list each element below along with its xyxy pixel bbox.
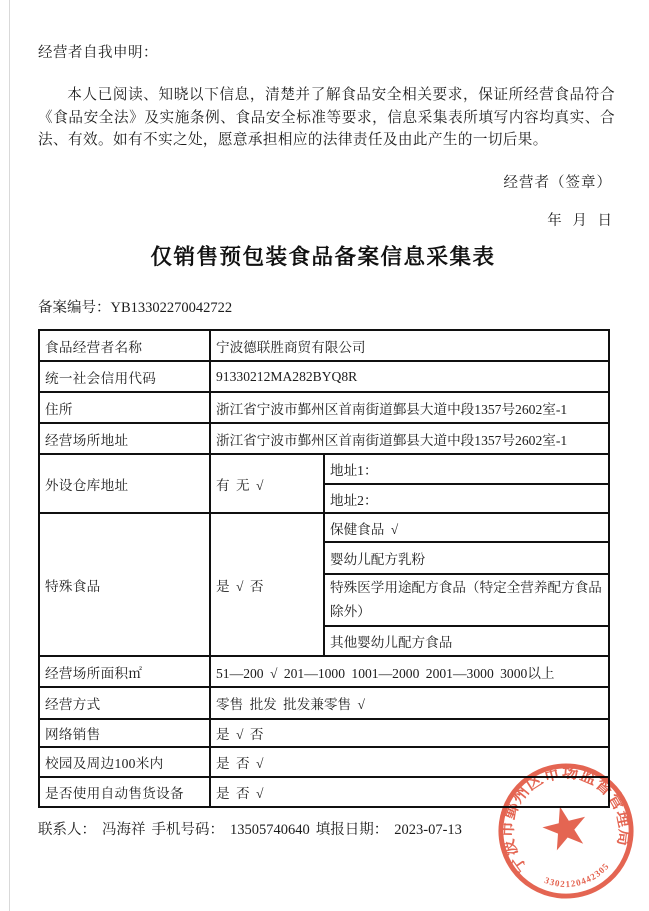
residence-label: 住所 bbox=[39, 392, 210, 423]
declaration-text: 本人已阅读、知晓以下信息，清楚并了解食品安全相关要求，保证所经营食品符合《食品安… bbox=[38, 84, 615, 152]
table-row: 经营场所地址 浙江省宁波市鄞州区首南街道鄞县大道中段1357号2602室-1 bbox=[39, 423, 609, 454]
contact-label: 联系人： bbox=[38, 822, 96, 838]
record-number-value: YB13302270042722 bbox=[111, 300, 233, 316]
table-row: 住所 浙江省宁波市鄞州区首南街道鄞县大道中段1357号2602室-1 bbox=[39, 392, 609, 423]
phone-number: 13505740640 bbox=[230, 822, 310, 838]
credit-code-value: 91330212MA282BYQ8R bbox=[210, 361, 609, 392]
table-row: 经营方式 零售 批发 批发兼零售 √ bbox=[39, 687, 609, 719]
table-row: 经营场所面积㎡ 51—200 √ 201—1000 1001—2000 2001… bbox=[39, 656, 609, 687]
record-number: 备案编号：YB13302270042722 bbox=[38, 296, 232, 317]
operator-name-label: 食品经营者名称 bbox=[39, 330, 210, 361]
special-food-item-medical: 特殊医学用途配方食品（特定全营养配方食品除外） bbox=[324, 574, 609, 626]
report-date-label: 填报日期： bbox=[316, 822, 389, 838]
form-title: 仅销售预包装食品备案信息采集表 bbox=[38, 240, 608, 271]
premises-area-value: 51—200 √ 201—1000 1001—2000 2001—3000 30… bbox=[210, 656, 609, 687]
warehouse-address1: 地址1： bbox=[324, 454, 609, 484]
special-food-item-other-infant: 其他婴幼儿配方食品 bbox=[324, 626, 609, 656]
vending-label: 是否使用自动售货设备 bbox=[39, 777, 210, 807]
table-row: 食品经营者名称 宁波德联胜商贸有限公司 bbox=[39, 330, 609, 361]
table-row: 统一社会信用代码 91330212MA282BYQ8R bbox=[39, 361, 609, 392]
contact-name: 冯海祥 bbox=[102, 822, 146, 838]
phone-label: 手机号码： bbox=[152, 822, 225, 838]
credit-code-label: 统一社会信用代码 bbox=[39, 361, 210, 392]
warehouse-address2: 地址2： bbox=[324, 484, 609, 513]
declaration-heading: 经营者自我申明： bbox=[38, 41, 158, 62]
stamp-star-icon bbox=[539, 801, 592, 852]
date-placeholder: 年 月 日 bbox=[547, 209, 612, 230]
business-mode-label: 经营方式 bbox=[39, 687, 210, 719]
operator-name-value: 宁波德联胜商贸有限公司 bbox=[210, 330, 609, 361]
premises-area-label: 经营场所面积㎡ bbox=[39, 656, 210, 687]
special-food-choice: 是 √ 否 bbox=[210, 513, 324, 656]
table-row: 特殊食品 是 √ 否 保健食品 √ bbox=[39, 513, 609, 542]
record-number-label: 备案编号： bbox=[38, 300, 111, 316]
contact-line: 联系人：冯海祥手机号码：13505740640填报日期：2023-07-13 bbox=[38, 818, 468, 839]
near-school-label: 校园及周边100米内 bbox=[39, 747, 210, 777]
page-edge-shadow bbox=[9, 0, 10, 911]
special-food-item-health: 保健食品 √ bbox=[324, 513, 609, 542]
special-food-item-infant-milk: 婴幼儿配方乳粉 bbox=[324, 542, 609, 574]
business-mode-value: 零售 批发 批发兼零售 √ bbox=[210, 687, 609, 719]
signature-label: 经营者（签章） bbox=[504, 171, 613, 192]
svg-text:3302120442305: 3302120442305 bbox=[541, 859, 614, 895]
online-sales-value: 是 √ 否 bbox=[210, 719, 609, 747]
warehouse-label: 外设仓库地址 bbox=[39, 454, 210, 513]
stamp-number-text: 3302120442305 bbox=[541, 859, 614, 895]
premises-address-label: 经营场所地址 bbox=[39, 423, 210, 454]
residence-value: 浙江省宁波市鄞州区首南街道鄞县大道中段1357号2602室-1 bbox=[210, 392, 609, 423]
online-sales-label: 网络销售 bbox=[39, 719, 210, 747]
registration-table: 食品经营者名称 宁波德联胜商贸有限公司 统一社会信用代码 91330212MA2… bbox=[38, 329, 610, 808]
warehouse-choice: 有 无 √ bbox=[210, 454, 324, 513]
report-date-value: 2023-07-13 bbox=[394, 822, 462, 838]
special-food-label: 特殊食品 bbox=[39, 513, 210, 656]
official-stamp: 宁波市鄞州区市场监督管理局 3302120442305 bbox=[496, 761, 636, 901]
table-row: 外设仓库地址 有 无 √ 地址1： bbox=[39, 454, 609, 484]
premises-address-value: 浙江省宁波市鄞州区首南街道鄞县大道中段1357号2602室-1 bbox=[210, 423, 609, 454]
table-row: 网络销售 是 √ 否 bbox=[39, 719, 609, 747]
